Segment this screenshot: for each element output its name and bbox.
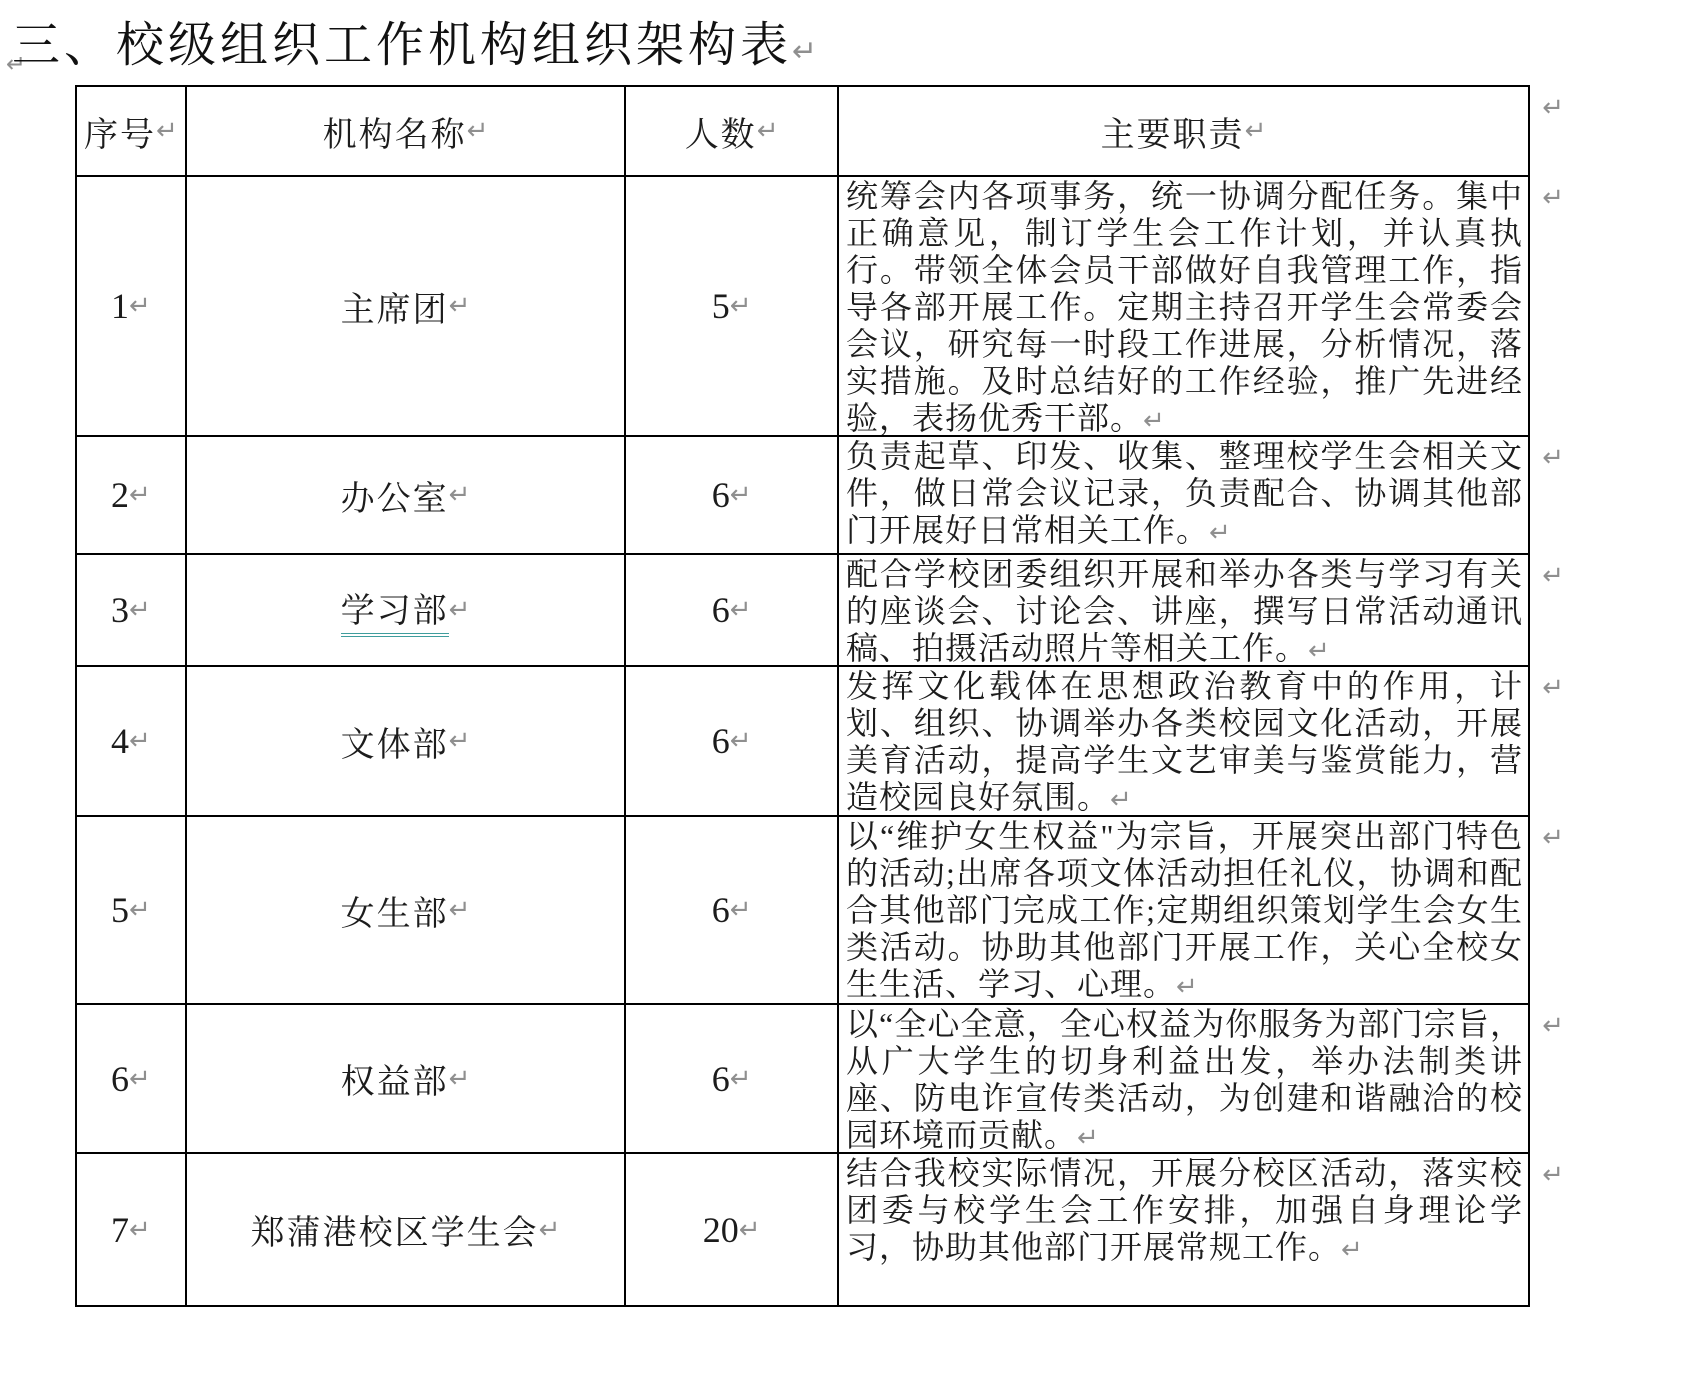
paragraph-mark: ↵: [1209, 518, 1232, 548]
paragraph-mark: ↵: [1143, 406, 1166, 436]
table-body: 1↵ 主席团↵ 5↵ 统筹会内各项事务，统一协调分配任务。集中正确意见，制订学生…: [77, 177, 1530, 1307]
org-name: 文体部: [341, 717, 449, 766]
row-end-mark: ↵: [1542, 185, 1564, 211]
paragraph-mark: ↵: [792, 34, 817, 69]
member-count: 6: [712, 474, 730, 516]
cell-member-count[interactable]: 20↵: [626, 1154, 839, 1307]
row-end-mark: ↵: [1542, 1162, 1564, 1188]
cell-org-name[interactable]: 文体部↵: [187, 667, 626, 817]
org-name: 办公室: [341, 471, 449, 520]
paragraph-mark: ↵: [730, 293, 752, 319]
cell-index[interactable]: 6↵: [77, 1005, 187, 1154]
table-row: 2↵ 办公室↵ 6↵ 负责起草、印发、收集、整理校学生会相关文件，做日常会议记录…: [77, 437, 1530, 555]
header-cell-duty[interactable]: 主要职责↵: [839, 87, 1530, 177]
paragraph-mark: ↵: [1308, 636, 1331, 666]
org-name: 权益部: [341, 1054, 449, 1103]
paragraph-mark: ↵: [757, 118, 779, 144]
cell-org-name[interactable]: 主席团↵: [187, 177, 626, 437]
cell-duty[interactable]: 以“全心全意，全心权益为你服务为部门宗旨，从广大学生的切身利益出发，举办法制类讲…: [839, 1005, 1530, 1154]
member-count: 20: [703, 1209, 739, 1251]
row-number: 5: [111, 889, 129, 931]
header-duty-label: 主要职责: [1101, 107, 1245, 156]
cell-member-count[interactable]: 6↵: [626, 817, 839, 1005]
paragraph-mark: ↵: [449, 897, 471, 923]
paragraph-mark: ↵: [539, 1217, 561, 1243]
duty-text: 配合学校团委组织开展和举办各类与学习有关的座谈会、讨论会、讲座，撰写日常活动通讯…: [846, 556, 1523, 666]
paragraph-mark: ↵: [129, 293, 151, 319]
member-count: 6: [712, 889, 730, 931]
header-name-label: 机构名称: [323, 107, 467, 156]
table-row: 4↵ 文体部↵ 6↵ 发挥文化载体在思想政治教育中的作用，计划、组织、协调举办各…: [77, 667, 1530, 817]
org-name: 学习部: [341, 583, 449, 637]
table-row: 7↵ 郑蒲港校区学生会↵ 20↵ 结合我校实际情况，开展分校区活动，落实校团委与…: [77, 1154, 1530, 1307]
member-count: 6: [712, 1058, 730, 1100]
paragraph-mark: ↵: [129, 1066, 151, 1092]
paragraph-mark: ↵: [467, 118, 489, 144]
table-row: 5↵ 女生部↵ 6↵ 以“维护女生权益"为宗旨，开展突出部门特色的活动;出席各项…: [77, 817, 1530, 1005]
paragraph-mark: ↵: [730, 482, 752, 508]
row-end-mark: ↵: [1542, 563, 1564, 589]
paragraph-mark: ↵: [129, 728, 151, 754]
cell-org-name[interactable]: 郑蒲港校区学生会↵: [187, 1154, 626, 1307]
cell-index[interactable]: 5↵: [77, 817, 187, 1005]
cell-duty[interactable]: 配合学校团委组织开展和举办各类与学习有关的座谈会、讨论会、讲座，撰写日常活动通讯…: [839, 555, 1530, 667]
member-count: 6: [712, 720, 730, 762]
duty-text: 结合我校实际情况，开展分校区活动，落实校团委与校学生会工作安排，加强自身理论学习…: [846, 1155, 1523, 1265]
header-cell-name[interactable]: 机构名称↵: [187, 87, 626, 177]
row-end-mark: ↵: [1542, 445, 1564, 471]
paragraph-mark: ↵: [129, 1217, 151, 1243]
page-title[interactable]: 三、校级组织工作机构组织架构表↵: [12, 6, 817, 75]
cell-member-count[interactable]: 6↵: [626, 437, 839, 555]
cell-duty[interactable]: 统筹会内各项事务，统一协调分配任务。集中正确意见，制订学生会工作计划，并认真执行…: [839, 177, 1530, 437]
paragraph-mark: ↵: [730, 597, 752, 623]
org-name: 主席团: [341, 282, 449, 331]
duty-text: 统筹会内各项事务，统一协调分配任务。集中正确意见，制订学生会工作计划，并认真执行…: [846, 178, 1523, 436]
cell-index[interactable]: 3↵: [77, 555, 187, 667]
row-number: 6: [111, 1058, 129, 1100]
paragraph-mark: ↵: [449, 597, 471, 623]
paragraph-mark: ↵: [730, 728, 752, 754]
header-cell-index[interactable]: 序号↵: [77, 87, 187, 177]
paragraph-mark: ↵: [449, 482, 471, 508]
cell-org-name[interactable]: 办公室↵: [187, 437, 626, 555]
paragraph-mark: ↵: [129, 482, 151, 508]
paragraph-mark: ↵: [129, 597, 151, 623]
cell-member-count[interactable]: 6↵: [626, 1005, 839, 1154]
row-number: 4: [111, 720, 129, 762]
member-count: 6: [712, 589, 730, 631]
paragraph-mark: ↵: [449, 1066, 471, 1092]
cell-duty[interactable]: 发挥文化载体在思想政治教育中的作用，计划、组织、协调举办各类校园文化活动，开展美…: [839, 667, 1530, 817]
cell-org-name[interactable]: 权益部↵: [187, 1005, 626, 1154]
cell-index[interactable]: 1↵: [77, 177, 187, 437]
cell-member-count[interactable]: 6↵: [626, 667, 839, 817]
org-structure-table: 序号↵ 机构名称↵ 人数↵ 主要职责↵ ↵ 1↵ 主席团↵ 5↵ 统筹会内各项事…: [75, 85, 1530, 1307]
table-row: 6↵ 权益部↵ 6↵ 以“全心全意，全心权益为你服务为部门宗旨，从广大学生的切身…: [77, 1005, 1530, 1154]
cell-duty[interactable]: 以“维护女生权益"为宗旨，开展突出部门特色的活动;出席各项文体活动担任礼仪，协调…: [839, 817, 1530, 1005]
row-number: 7: [111, 1209, 129, 1251]
paragraph-mark: ↵: [1110, 785, 1133, 815]
paragraph-mark: ↵: [730, 897, 752, 923]
cell-org-name[interactable]: 女生部↵: [187, 817, 626, 1005]
paragraph-mark: ↵: [1245, 118, 1267, 144]
header-index-label: 序号: [84, 107, 156, 156]
duty-text: 发挥文化载体在思想政治教育中的作用，计划、组织、协调举办各类校园文化活动，开展美…: [846, 668, 1523, 815]
org-name: 郑蒲港校区学生会: [251, 1205, 539, 1254]
table-row: 1↵ 主席团↵ 5↵ 统筹会内各项事务，统一协调分配任务。集中正确意见，制订学生…: [77, 177, 1530, 437]
table-row: 3↵ 学习部↵ 6↵ 配合学校团委组织开展和举办各类与学习有关的座谈会、讨论会、…: [77, 555, 1530, 667]
paragraph-mark: ↵: [129, 897, 151, 923]
duty-text: 以“全心全意，全心权益为你服务为部门宗旨，从广大学生的切身利益出发，举办法制类讲…: [846, 1006, 1523, 1153]
page-title-text: 三、校级组织工作机构组织架构表: [12, 19, 792, 72]
row-end-mark: ↵: [1542, 95, 1564, 121]
paragraph-mark: ↵: [1176, 972, 1199, 1002]
row-end-mark: ↵: [1542, 675, 1564, 701]
table-header-row: 序号↵ 机构名称↵ 人数↵ 主要职责↵ ↵: [77, 87, 1530, 177]
row-number: 3: [111, 589, 129, 631]
paragraph-mark: ↵: [1341, 1235, 1364, 1265]
cell-duty[interactable]: 结合我校实际情况，开展分校区活动，落实校团委与校学生会工作安排，加强自身理论学习…: [839, 1154, 1530, 1307]
paragraph-mark: ↵: [730, 1066, 752, 1092]
header-count-label: 人数: [685, 107, 757, 156]
paragraph-mark: ↵: [1077, 1123, 1100, 1153]
cell-org-name[interactable]: 学习部↵: [187, 555, 626, 667]
member-count: 5: [712, 285, 730, 327]
cell-member-count[interactable]: 6↵: [626, 555, 839, 667]
cell-index[interactable]: 4↵: [77, 667, 187, 817]
row-end-mark: ↵: [1542, 1013, 1564, 1039]
org-name: 女生部: [341, 886, 449, 935]
cell-member-count[interactable]: 5↵: [626, 177, 839, 437]
row-end-mark: ↵: [1542, 825, 1564, 851]
row-number: 2: [111, 474, 129, 516]
paragraph-mark: ↵: [156, 118, 178, 144]
row-number: 1: [111, 285, 129, 327]
header-cell-count[interactable]: 人数↵: [626, 87, 839, 177]
paragraph-mark: ↵: [739, 1217, 761, 1243]
paragraph-mark: ↵: [449, 293, 471, 319]
cell-index[interactable]: 7↵: [77, 1154, 187, 1307]
duty-text: 负责起草、印发、收集、整理校学生会相关文件，做日常会议记录，负责配合、协调其他部…: [846, 438, 1523, 548]
paragraph-mark: ↵: [449, 728, 471, 754]
cell-duty[interactable]: 负责起草、印发、收集、整理校学生会相关文件，做日常会议记录，负责配合、协调其他部…: [839, 437, 1530, 555]
cell-index[interactable]: 2↵: [77, 437, 187, 555]
